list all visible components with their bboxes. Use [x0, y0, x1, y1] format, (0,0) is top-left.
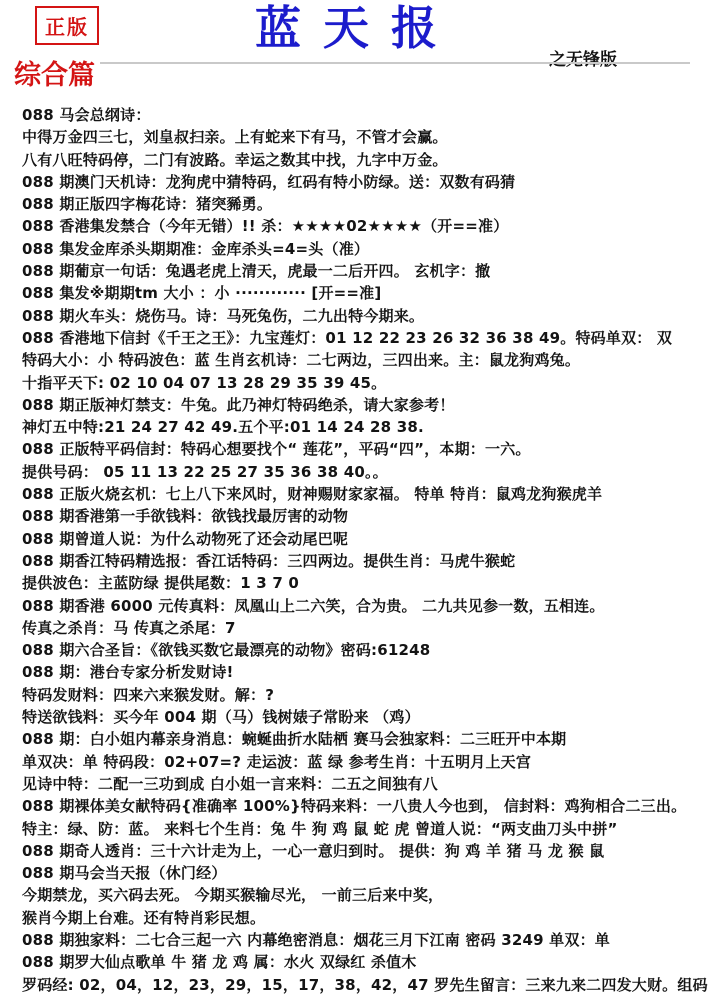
text-line: 088 期罗大仙点歌单 牛 猪 龙 鸡 属：水火 双绿红 杀值木 — [22, 951, 714, 973]
text-line: 088 期六合圣旨：《欲钱买数它最漂亮的动物》密码:61248 — [22, 639, 714, 661]
text-line: 088 集发金库杀头期期准：金库杀头=4=头（准） — [22, 238, 714, 260]
text-line: 088 期曾道人说：为什么动物死了还会动尾巴呢 — [22, 528, 714, 550]
text-line: 传真之杀肖：马 传真之杀尾：7 — [22, 617, 714, 639]
text-line: 特送欲钱料：买今年 004 期（马）钱树婊子常盼来 （鸡） — [22, 706, 714, 728]
text-line: 八有八旺特码停，二门有波路。幸运之数其中找，九字中万金。 — [22, 149, 714, 171]
text-line: 088 期香江特码精选报：香江话特码：三四两边。提供生肖：马虎牛猴蛇 — [22, 550, 714, 572]
text-line: 十指平天下: 02 10 04 07 13 28 29 35 39 45。 — [22, 372, 714, 394]
text-line: 088 期裸体美女献特码{准确率 100%}特码来料：一八贵人今也到， 信封料：… — [22, 795, 714, 817]
text-line: 088 期正版四字梅花诗：猪突豨勇。 — [22, 193, 714, 215]
newspaper-page: 正版 蓝天报 之无锋版 综合篇 088 马会总纲诗：中得万金四三七，刘皇叔扫亲。… — [0, 0, 714, 1007]
text-line: 088 香港集发禁合（今年无错）!! 杀：★★★★02★★★★（开==准） — [22, 215, 714, 237]
section-heading: 综合篇 — [14, 53, 95, 92]
text-line: 提供波色：主蓝防绿 提供尾数：1 3 7 0 — [22, 572, 714, 594]
text-line: 088 马会总纲诗： — [22, 104, 714, 126]
text-line: 088 期：白小姐内幕亲身消息：蜿蜒曲折水陆栖 赛马会独家料：二三旺开中本期 — [22, 728, 714, 750]
text-line: 088 香港地下信封《千王之王》：九宝莲灯：01 12 22 23 26 32 … — [22, 327, 714, 349]
text-line: 中得万金四三七，刘皇叔扫亲。上有蛇来下有马，不管才会赢。 — [22, 126, 714, 148]
text-line: 088 正版火烧玄机：七上八下来风时，财神赐财家家福。 特单 特肖：鼠鸡龙狗猴虎… — [22, 483, 714, 505]
text-line: 088 期澳门天机诗：龙狗虎中猜特码，红码有特小防绿。送：双数有码猜 — [22, 171, 714, 193]
text-line: 猴肖今期上台难。还有特肖彩民想。 — [22, 907, 714, 929]
text-line: 088 期香港第一手欲钱料：欲钱找最厉害的动物 — [22, 505, 714, 527]
text-line: 088 集发※期期tm 大小 ：小 ············ [开==准] — [22, 282, 714, 304]
text-line: 提供号码： 05 11 13 22 25 27 35 36 38 40。。 — [22, 461, 714, 483]
text-line: 088 期：港台专家分析发财诗! — [22, 661, 714, 683]
text-line: 088 期香港 6000 元传真料：凤凰山上二六笑，合为贵。 二九共见参一数，五… — [22, 595, 714, 617]
text-line: 罗码经: 02，04，12，23，29，15，17，38，42，47 罗先生留言… — [22, 974, 714, 996]
text-line: 088 期葡京一句话：兔遇老虎上清天，虎最一二后开四。 玄机字：撤 — [22, 260, 714, 282]
text-line: 088 正版特平码信封：特码心想要找个“ 莲花”，平码“四”，本期：一六。 — [22, 438, 714, 460]
text-line: 特码发财料：四来六来猴发财。解：? — [22, 684, 714, 706]
text-line: 088 期马会当天报（休门经） — [22, 862, 714, 884]
text-line: 神灯五中特:21 24 27 42 49.五个平:01 14 24 28 38. — [22, 416, 714, 438]
header-divider — [100, 62, 690, 64]
text-line: 088 期奇人透肖：三十六计走为上，一心一意归到时。 提供：狗 鸡 羊 猪 马 … — [22, 840, 714, 862]
text-line: 见诗中特：二配一三功到成 白小姐一言来料：二五之间独有八 — [22, 773, 714, 795]
text-line: 088 期火车头：烧伤马。诗：马死兔伤，二九出特今期来。 — [22, 305, 714, 327]
edition-label: 之无锋版 — [549, 45, 617, 70]
text-line: 088 期独家料：二七合三起一六 内幕绝密消息：烟花三月下江南 密码 3249 … — [22, 929, 714, 951]
text-line: 特主：绿、防：蓝。 来料七个生肖：兔 牛 狗 鸡 鼠 蛇 虎 曾道人说：“两支曲… — [22, 818, 714, 840]
text-line: 特码大小：小 特码波色：蓝 生肖玄机诗：二七两边，三四出来。主：鼠龙狗鸡兔。 — [22, 349, 714, 371]
text-line: 单双决：单 特码段：02+07=? 走运波：蓝 绿 参考生肖：十五明月上天宫 — [22, 751, 714, 773]
tips-list: 088 马会总纲诗：中得万金四三七，刘皇叔扫亲。上有蛇来下有马，不管才会赢。八有… — [22, 104, 714, 996]
text-line: 088 期正版神灯禁支：牛兔。此乃神灯特码绝杀，请大家参考！ — [22, 394, 714, 416]
text-line: 今期禁龙，买六码去死。 今期买猴输尽光， 一前三后来中奖， — [22, 884, 714, 906]
